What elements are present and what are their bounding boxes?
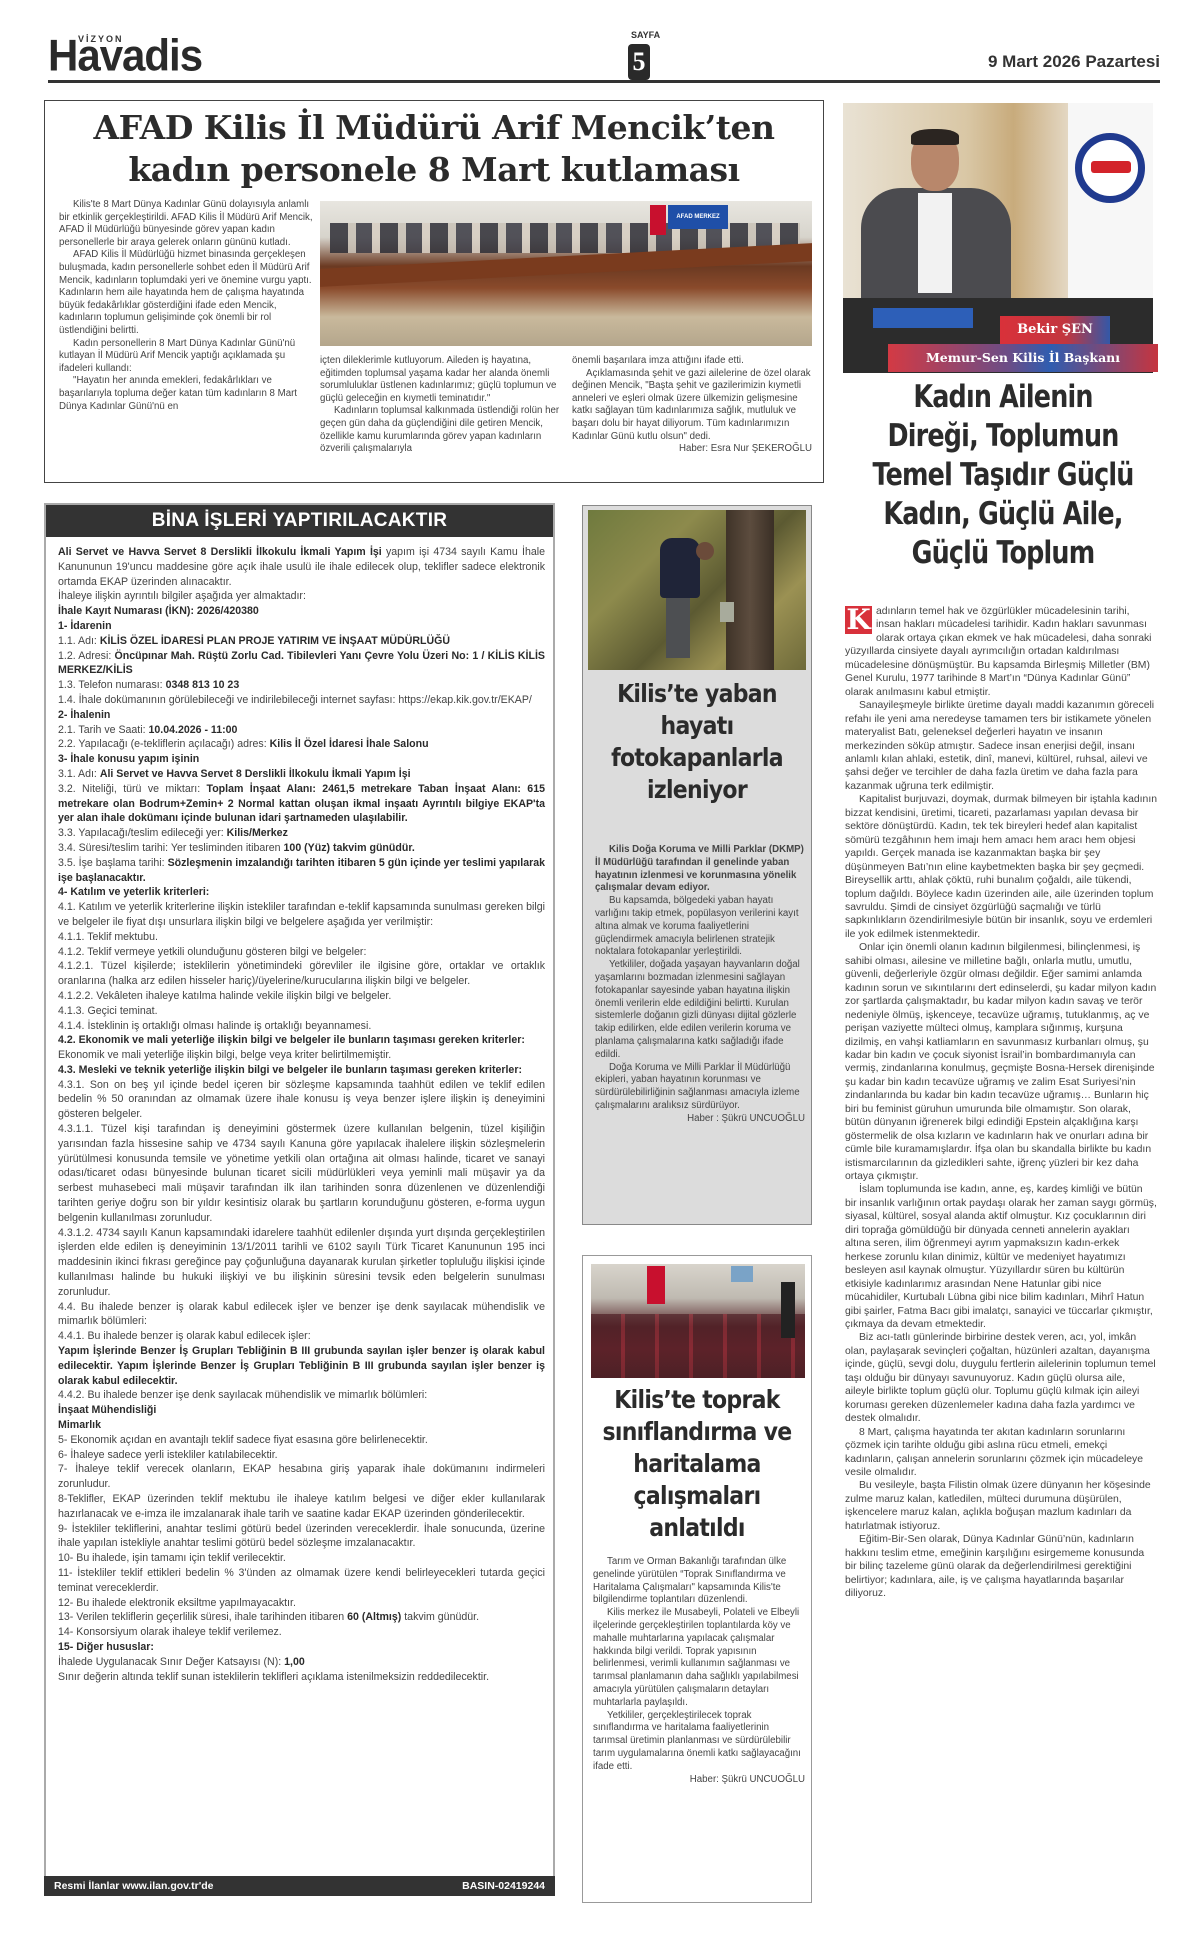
field-label: 3.1. Adı: (58, 768, 100, 780)
tender-notice-body: Ali Servet ve Havva Servet 8 Derslikli İ… (58, 545, 545, 1684)
photo-person-shirt (918, 193, 952, 293)
paragraph: Biz acı-tatlı günlerinde birbirine deste… (845, 1331, 1157, 1425)
masthead: Havadis VİZYON SAYFA 5 9 Mart 2026 Pazar… (48, 30, 1160, 82)
masthead-divider (48, 80, 1160, 83)
drop-cap: K (845, 606, 872, 634)
tender-line: 8-Teklifler, EKAP üzerinden teklif mektu… (58, 1492, 545, 1522)
tender-line: 4.1.1. Teklif mektubu. (58, 930, 545, 945)
field-value: Kilis İl Özel İdaresi İhale Salonu (270, 738, 429, 750)
tender-line: 4.1.2.1. Tüzel kişilerde; isteklilerin y… (58, 959, 545, 989)
paragraph: Tarım ve Orman Bakanlığı tarafından ülke… (593, 1556, 805, 1607)
paragraph: Bu vesileyle, başta Filistin olmak üzere… (845, 1479, 1157, 1533)
afad-column-1: Kilis'te 8 Mart Dünya Kadınlar Günü dola… (59, 199, 314, 413)
tender-line: 11- İstekliler teklif ettikleri bedelin … (58, 1566, 545, 1596)
tender-line: İhaleye ilişkin ayrıntılı bilgiler aşağı… (58, 589, 545, 604)
section-heading: 1- İdarenin (58, 620, 112, 632)
field-value: Öncüpınar Mah. Rüştü Zorlu Cad. Tibilevl… (58, 650, 545, 677)
paragraph: Kadınların toplumsal kalkınmada üstlendi… (320, 405, 560, 455)
photo-screen (731, 1266, 753, 1282)
paragraph: Kadınların temel hak ve özgürlükler müca… (845, 605, 1157, 699)
turkish-flag-icon (647, 1266, 665, 1304)
official-ads-link[interactable]: Resmi İlanlar www.ilan.gov.tr'de (54, 1876, 213, 1896)
tender-line: 9- İstekliler tekliflerini, anahtar tesl… (58, 1522, 545, 1552)
afad-headline-line2: kadın personele 8 Mart kutlaması (128, 150, 739, 189)
field-label: 1.1. Adı: (58, 635, 100, 647)
wildlife-camera-photo[interactable] (588, 510, 806, 670)
afad-headline-line1: AFAD Kilis İl Müdürü Arif Mencik’ten (93, 108, 774, 147)
paragraph: Sanayileşmeyle birlikte üretime dayalı m… (845, 699, 1157, 793)
paragraph-text: adınların temel hak ve özgürlükler mücad… (845, 606, 1152, 698)
photo-folder (873, 308, 973, 328)
paragraph: Kapitalist burjuvazi, doymak, durmak bil… (845, 793, 1157, 941)
field-value: 100 (Yüz) takvim günüdür. (284, 842, 415, 854)
tender-line: 14- Konsorsiyum olarak ihaleye teklif ve… (58, 1625, 545, 1640)
paragraph: "Hayatın her anında emekleri, fedakârlık… (59, 375, 314, 413)
paragraph: Açıklamasında şehit ve gazi ailelerine d… (572, 368, 812, 444)
tender-line: 4.3.1.1. Tüzel kişi tarafından iş deneyi… (58, 1122, 545, 1226)
tender-line: 5- Ekonomik açıdan en avantajlı teklif s… (58, 1433, 545, 1448)
afad-article: AFAD Kilis İl Müdürü Arif Mencik’ten kad… (44, 100, 824, 483)
turkey-map-icon (1091, 161, 1131, 173)
author-role-badge: Memur-Sen Kilis İl Başkanı (888, 344, 1158, 372)
tender-date: 10.04.2026 - 11:00 (149, 724, 238, 736)
camera-trap-icon (720, 602, 734, 622)
paragraph: İslam toplumunda ise kadın, anne, eş, ka… (845, 1183, 1157, 1331)
tender-line: 4.1.2.2. Vekâleten ihaleye katılma halin… (58, 989, 545, 1004)
tender-line: 4.4. Bu ihalede benzer iş olarak kabul e… (58, 1300, 545, 1330)
field-label: 2.2. Yapılacağı (e-tekliflerin açılacağı… (58, 738, 270, 750)
tender-line: Sınır değerin altında teklif sunan istek… (58, 1670, 545, 1685)
department-name: İnşaat Mühendisliği (58, 1404, 156, 1416)
issue-date: 9 Mart 2026 Pazartesi (988, 52, 1160, 72)
tender-line: 4.3.1.2. 4734 sayılı Kanun kapsamındaki … (58, 1226, 545, 1300)
wildlife-article: Kilis’te yaban hayatı fotokapanlarla izl… (582, 505, 812, 1225)
soil-body: Tarım ve Orman Bakanlığı tarafından ülke… (593, 1556, 805, 1786)
soil-headline: Kilis’te toprak sınıflandırma ve harital… (597, 1384, 798, 1544)
photo-seat-rows (591, 1314, 805, 1378)
tender-line: 7- İhaleye teklif verecek olanların, EKA… (58, 1462, 545, 1492)
soil-meeting-photo[interactable] (591, 1264, 805, 1378)
page-number-badge: 5 (628, 44, 650, 80)
department-name: Mimarlık (58, 1419, 101, 1431)
opinion-body: Kadınların temel hak ve özgürlükler müca… (845, 605, 1157, 1601)
field-label: 3.3. Yapılacağı/teslim edileceği yer: (58, 827, 227, 839)
photo-person-legs (666, 598, 690, 658)
tender-line: 10- Bu ihalede, işin tamamı için teklif … (58, 1551, 545, 1566)
paragraph: Kilis'te 8 Mart Dünya Kadınlar Günü dola… (59, 199, 314, 249)
field-label: 3.4. Süresi/teslim tarihi: Yer teslimind… (58, 842, 284, 854)
tender-line: 4.3.1. Son on beş yıl içinde bedel içere… (58, 1078, 545, 1122)
tender-line: Ekonomik ve mali yeterliğe ilişkin bilgi… (58, 1048, 545, 1063)
field-label: 1.2. Adresi: (58, 650, 115, 662)
photo-speaker (781, 1282, 795, 1338)
tender-notice: BİNA İŞLERİ YAPTIRILACAKTIR Ali Servet v… (44, 503, 555, 1896)
tender-project-name: Ali Servet ve Havva Servet 8 Derslikli İ… (58, 546, 382, 558)
press-code: BASIN-02419244 (462, 1876, 545, 1896)
section-heading: 3- İhale konusu yapım işinin (58, 753, 199, 765)
tender-ikn: İhale Kayıt Numarası (İKN): 2026/420380 (58, 605, 259, 617)
paragraph: Yetkililer, doğada yaşayan hayvanların d… (595, 959, 805, 1061)
turkish-flag-icon (650, 205, 666, 235)
tender-line: 4.1.3. Geçici teminat. (58, 1004, 545, 1019)
author-name-badge: Bekir ŞEN (1000, 316, 1110, 344)
tender-line: 4.4.2. Bu ihalede benzer işe denk sayıla… (58, 1388, 545, 1403)
paragraph: Eğitim-Bir-Sen olarak, Dünya Kadınlar Gü… (845, 1533, 1157, 1600)
paragraph: Bu kapsamda, bölgedeki yaban hayatı varl… (595, 895, 805, 959)
photo-tree (726, 510, 774, 670)
logo-small-text: VİZYON (78, 34, 124, 44)
wildlife-byline: Haber : Şükrü UNCUOĞLU (595, 1113, 805, 1126)
section-heading: 4- Katılım ve yeterlik kriterleri: (58, 886, 209, 898)
paragraph: önemli başarılara imza attığını ifade et… (572, 355, 812, 368)
section-heading: 4.3. Mesleki ve teknik yeterliğe ilişkin… (58, 1064, 522, 1076)
afad-banner: AFAD MERKEZ (668, 205, 728, 229)
photo-person-head (696, 542, 714, 560)
tender-line: 4.1. Katılım ve yeterlik kriterlerine il… (58, 900, 545, 930)
paragraph: 8 Mart, çalışma hayatında ter akıtan kad… (845, 1426, 1157, 1480)
field-label: 2.1. Tarih ve Saati: (58, 724, 149, 736)
section-heading: 2- İhalenin (58, 709, 110, 721)
logo-main-text: Havadis (48, 31, 202, 81)
field-label: takvim günüdür. (401, 1611, 479, 1623)
paragraph: Onlar için önemli olanın kadının bilgile… (845, 941, 1157, 1183)
field-label: 3.5. İşe başlama tarihi: (58, 857, 168, 869)
field-label: 3.2. Niteliği, türü ve miktarı: (58, 783, 207, 795)
paragraph: AFAD Kilis İl Müdürlüğü hizmet binasında… (59, 249, 314, 337)
field-value: KİLİS ÖZEL İDARESİ PLAN PROJE YATIRIM VE… (100, 635, 450, 647)
paragraph: Doğa Koruma ve Milli Parklar İl Müdürlüğ… (595, 1062, 805, 1113)
tender-line: 6- İhaleye sadece yerli istekliler katıl… (58, 1448, 545, 1463)
phone-number: 0348 813 10 23 (166, 679, 240, 691)
paragraph: Kadın personellerin 8 Mart Dünya Kadınla… (59, 338, 314, 376)
paragraph: Kilis merkez ile Musabeyli, Polateli ve … (593, 1607, 805, 1709)
tender-line: 4.4.1. Bu ihalede benzer iş olarak kabul… (58, 1329, 545, 1344)
field-value: 1,00 (284, 1656, 305, 1668)
tender-line: 4.1.4. İsteklinin iş ortaklığı olması ha… (58, 1019, 545, 1034)
paragraph: Yetkililer, gerçekleştirilecek toprak sı… (593, 1710, 805, 1774)
field-value: Kilis/Merkez (227, 827, 288, 839)
wildlife-body: Kilis Doğa Koruma ve Milli Parklar (DKMP… (595, 844, 805, 1126)
afad-column-3: önemli başarılara imza attığını ifade et… (572, 355, 812, 456)
field-label: 1.3. Telefon numarası: (58, 679, 166, 691)
field-value: Ali Servet ve Havva Servet 8 Derslikli İ… (100, 768, 411, 780)
tender-notice-heading: BİNA İŞLERİ YAPTIRILACAKTIR (46, 505, 553, 537)
tender-line: 4.1.2. Teklif vermeye yetkili olunduğunu… (58, 945, 545, 960)
photo-person-hair (911, 129, 959, 145)
tender-line-bold: Yapım İşlerinde Benzer İş Grupları Tebli… (58, 1345, 545, 1387)
paragraph: içten dileklerimle kutluyorum. Aileden i… (320, 355, 560, 405)
afad-headline: AFAD Kilis İl Müdürü Arif Mencik’ten kad… (45, 107, 823, 191)
tender-notice-footer: Resmi İlanlar www.ilan.gov.tr'de BASIN-0… (44, 1876, 555, 1896)
afad-meeting-photo[interactable]: AFAD MERKEZ (320, 201, 812, 346)
section-heading: 15- Diğer hususlar: (58, 1641, 154, 1653)
opinion-headline: Kadın Ailenin Direği, Toplumun Temel Taş… (872, 378, 1134, 573)
field-value: 60 (Altmış) (347, 1611, 401, 1623)
field-label: İhalede Uygulanacak Sınır Değer Katsayıs… (58, 1656, 284, 1668)
tender-url-line[interactable]: 1.4. İhale dokümanının görülebileceği ve… (58, 693, 545, 708)
tender-line: 12- Bu ihalede elektronik eksiltme yapıl… (58, 1596, 545, 1611)
photo-person (660, 538, 700, 598)
afad-column-2: içten dileklerimle kutluyorum. Aileden i… (320, 355, 560, 456)
field-label: 13- Verilen tekliflerin geçerlilik süres… (58, 1611, 347, 1623)
section-heading: 4.2. Ekonomik ve mali yeterliğe ilişkin … (58, 1034, 525, 1046)
wildlife-lead: Kilis Doğa Koruma ve Milli Parklar (DKMP… (595, 844, 805, 895)
page-label: SAYFA (631, 30, 660, 40)
soil-byline: Haber: Şükrü UNCUOĞLU (593, 1774, 805, 1787)
afad-byline: Haber: Esra Nur ŞEKEROĞLU (572, 443, 812, 456)
soil-article: Kilis’te toprak sınıflandırma ve harital… (582, 1255, 812, 1903)
wildlife-headline: Kilis’te yaban hayatı fotokapanlarla izl… (597, 678, 798, 806)
